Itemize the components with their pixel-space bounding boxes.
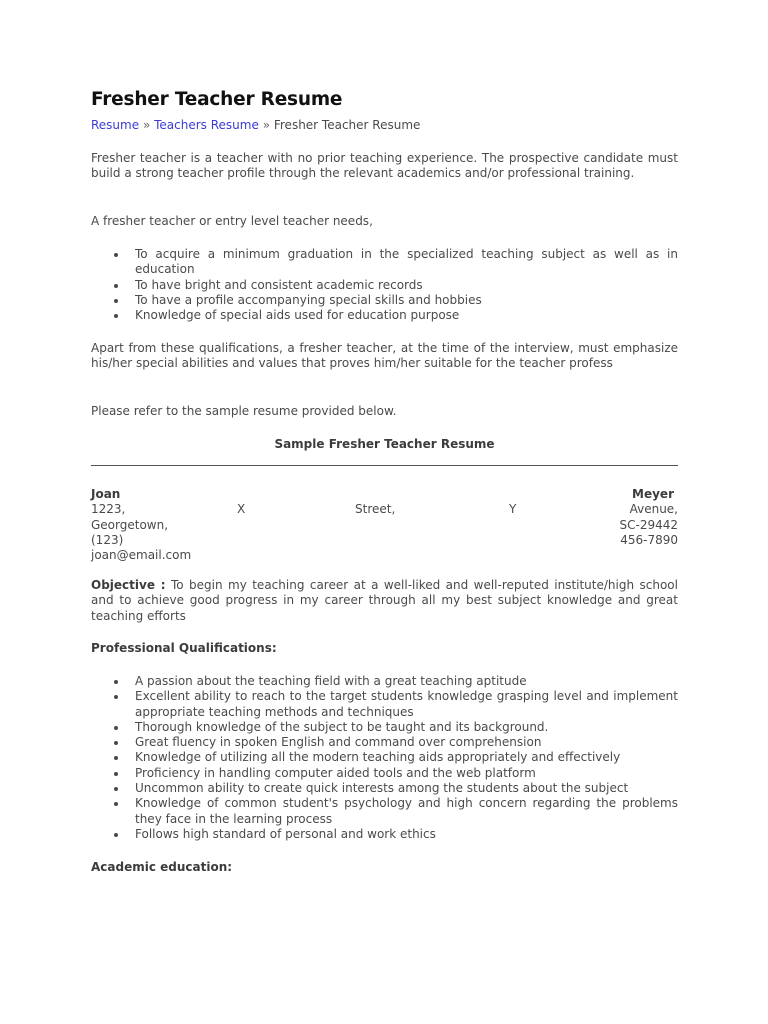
address-street: Street, — [355, 502, 395, 517]
list-item: Great fluency in spoken English and comm… — [91, 735, 678, 750]
bullet-icon — [114, 756, 118, 760]
list-item: To have bright and consistent academic r… — [91, 278, 678, 293]
address-avenue: Avenue, — [630, 502, 678, 517]
bullet-icon — [114, 284, 118, 288]
list-item-text: To have a profile accompanying special s… — [135, 293, 482, 307]
list-item: Excellent ability to reach to the target… — [91, 689, 678, 720]
zip-code: SC-29442 — [620, 518, 679, 533]
phone-area-code: (123) — [91, 533, 123, 548]
breadcrumb-current: Fresher Teacher Resume — [274, 118, 421, 132]
qualifications-heading: Professional Qualifications: — [91, 641, 277, 655]
page-title: Fresher Teacher Resume — [91, 89, 342, 110]
list-item: A passion about the teaching field with … — [91, 674, 678, 689]
list-item: Follows high standard of personal and wo… — [91, 827, 678, 842]
city: Georgetown, — [91, 518, 168, 533]
last-name: Meyer — [632, 487, 674, 502]
bullet-icon — [114, 253, 118, 257]
breadcrumb-separator: » — [263, 118, 270, 132]
address-y: Y — [509, 502, 516, 517]
list-item-text: Great fluency in spoken English and comm… — [135, 735, 541, 749]
breadcrumb: Resume » Teachers Resume » Fresher Teach… — [91, 118, 420, 132]
list-item: Knowledge of common student's psychology… — [91, 796, 678, 827]
divider — [91, 465, 678, 466]
first-name: Joan — [91, 487, 120, 502]
list-item: Knowledge of special aids used for educa… — [91, 308, 678, 323]
list-item-text: Knowledge of special aids used for educa… — [135, 308, 459, 322]
list-item-text: To have bright and consistent academic r… — [135, 278, 423, 292]
list-item-text: Follows high standard of personal and wo… — [135, 827, 436, 841]
list-item-text: Excellent ability to reach to the target… — [135, 689, 678, 718]
needs-intro: A fresher teacher or entry level teacher… — [91, 214, 678, 229]
needs-list: To acquire a minimum graduation in the s… — [91, 247, 678, 323]
list-item-text: Proficiency in handling computer aided t… — [135, 766, 536, 780]
list-item-text: Knowledge of common student's psychology… — [135, 796, 678, 825]
list-item-text: Thorough knowledge of the subject to be … — [135, 720, 548, 734]
abilities-text: Apart from these qualifications, a fresh… — [91, 341, 678, 372]
bullet-icon — [114, 680, 118, 684]
bullet-icon — [114, 787, 118, 791]
list-item: Knowledge of utilizing all the modern te… — [91, 750, 678, 765]
list-item-text: To acquire a minimum graduation in the s… — [135, 247, 678, 276]
list-item: To acquire a minimum graduation in the s… — [91, 247, 678, 278]
breadcrumb-link-resume[interactable]: Resume — [91, 118, 139, 132]
objective-paragraph: Objective : To begin my teaching career … — [91, 578, 678, 624]
bullet-icon — [114, 741, 118, 745]
phone-number: 456-7890 — [620, 533, 678, 548]
list-item: Uncommon ability to create quick interes… — [91, 781, 678, 796]
refer-paragraph: Please refer to the sample resume provid… — [91, 404, 678, 419]
objective-label: Objective : — [91, 578, 166, 592]
bullet-icon — [114, 695, 118, 699]
address-number: 1223, — [91, 502, 125, 517]
email: joan@email.com — [91, 548, 191, 563]
bullet-icon — [114, 772, 118, 776]
intro-paragraph: Fresher teacher is a teacher with no pri… — [91, 151, 678, 182]
bullet-icon — [114, 833, 118, 837]
breadcrumb-link-teachers-resume[interactable]: Teachers Resume — [154, 118, 259, 132]
list-item-text: Knowledge of utilizing all the modern te… — [135, 750, 620, 764]
sample-heading: Sample Fresher Teacher Resume — [91, 437, 678, 451]
objective-text: To begin my teaching career at a well-li… — [91, 578, 678, 623]
needs-intro-text: A fresher teacher or entry level teacher… — [91, 214, 678, 229]
address-x: X — [237, 502, 245, 517]
abilities-paragraph: Apart from these qualifications, a fresh… — [91, 341, 678, 372]
list-item-text: A passion about the teaching field with … — [135, 674, 527, 688]
qualifications-list: A passion about the teaching field with … — [91, 674, 678, 842]
contact-block: Joan Meyer 1223, X Street, Y Avenue, Geo… — [91, 487, 678, 563]
bullet-icon — [114, 299, 118, 303]
list-item: Proficiency in handling computer aided t… — [91, 766, 678, 781]
refer-text: Please refer to the sample resume provid… — [91, 404, 678, 419]
bullet-icon — [114, 726, 118, 730]
bullet-icon — [114, 802, 118, 806]
list-item: To have a profile accompanying special s… — [91, 293, 678, 308]
breadcrumb-separator: » — [143, 118, 150, 132]
list-item: Thorough knowledge of the subject to be … — [91, 720, 678, 735]
intro-text: Fresher teacher is a teacher with no pri… — [91, 151, 678, 182]
education-heading: Academic education: — [91, 860, 232, 874]
list-item-text: Uncommon ability to create quick interes… — [135, 781, 628, 795]
bullet-icon — [114, 314, 118, 318]
